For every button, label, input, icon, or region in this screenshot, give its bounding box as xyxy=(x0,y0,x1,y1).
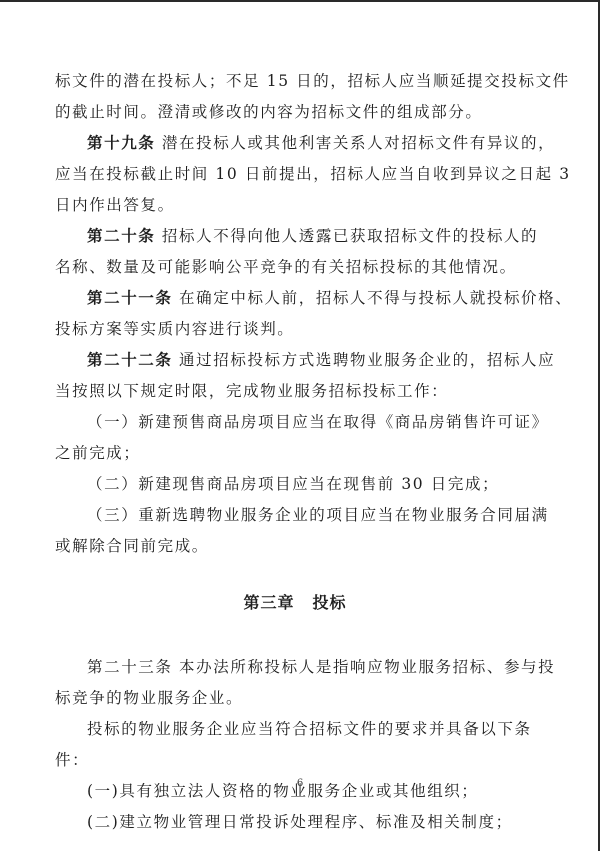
chapter-title: 投标 xyxy=(313,593,347,612)
text-line: 标文件的潜在投标人；不足 15 日的，招标人应当顺延提交投标文件 xyxy=(55,66,535,97)
text-line: 投标的物业服务企业应当符合招标文件的要求并具备以下条 xyxy=(55,714,535,745)
page-number: 6 xyxy=(0,778,600,789)
scan-border-top xyxy=(0,0,600,2)
list-item-1: （一）新建预售商品房项目应当在取得《商品房销售许可证》 之前完成； xyxy=(55,407,535,469)
list-item-2: （二）新建现售商品房项目应当在现售前 30 日完成； xyxy=(55,469,535,500)
paragraph-continuation: 标文件的潜在投标人；不足 15 日的，招标人应当顺延提交投标文件 的截止时间。澄… xyxy=(55,66,535,128)
article-20: 第二十条 招标人不得向他人透露已获取招标文件的投标人的 名称、数量及可能影响公平… xyxy=(55,221,535,283)
text-line: 日内作出答复。 xyxy=(55,190,535,221)
article-number: 第二十二条 xyxy=(87,351,173,369)
text-line: 应当在投标截止时间 10 日前提出，招标人应当自收到异议之日起 3 xyxy=(55,159,535,190)
requirements-intro: 投标的物业服务企业应当符合招标文件的要求并具备以下条 件： xyxy=(55,714,535,776)
text-line: 投标方案等实质内容进行谈判。 xyxy=(55,314,535,345)
article-number: 第二十一条 xyxy=(87,289,173,307)
text-line: （一）新建预售商品房项目应当在取得《商品房销售许可证》 xyxy=(55,407,535,438)
text-line: 件： xyxy=(55,745,535,776)
article-19: 第十九条 潜在投标人或其他利害关系人对招标文件有异议的， 应当在投标截止时间 1… xyxy=(55,128,535,221)
text-line: （三）重新选聘物业服务企业的项目应当在物业服务合同届满 xyxy=(55,500,535,531)
requirement-item-2: (二)建立物业管理日常投诉处理程序、标准及相关制度； xyxy=(55,807,535,838)
article-23: 第二十三条 本办法所称投标人是指响应物业服务招标、参与投 标竞争的物业服务企业。 xyxy=(55,652,535,714)
text-line: 潜在投标人或其他利害关系人对招标文件有异议的， xyxy=(155,134,555,152)
text-line: 招标人不得向他人透露已获取招标文件的投标人的 xyxy=(155,227,538,245)
text-line: 本办法所称投标人是指响应物业服务招标、参与投 xyxy=(173,658,556,676)
article-number: 第二十条 xyxy=(87,227,155,245)
article-number: 第二十三条 xyxy=(87,658,173,676)
text-line: 名称、数量及可能影响公平竞争的有关招标投标的其他情况。 xyxy=(55,252,535,283)
article-number: 第十九条 xyxy=(87,134,155,152)
chapter-number: 第三章 xyxy=(243,593,294,612)
text-line: 当按照以下规定时限，完成物业服务招标投标工作： xyxy=(55,376,535,407)
text-line: 标竞争的物业服务企业。 xyxy=(55,683,535,714)
text-line: 在确定中标人前，招标人不得与投标人就投标价格、 xyxy=(173,289,573,307)
text-line: 或解除合同前完成。 xyxy=(55,531,535,562)
text-line: 通过招标投标方式选聘物业服务企业的，招标人应 xyxy=(173,351,556,369)
article-21: 第二十一条 在确定中标人前，招标人不得与投标人就投标价格、 投标方案等实质内容进… xyxy=(55,283,535,345)
text-line: 之前完成； xyxy=(55,438,535,469)
list-item-3: （三）重新选聘物业服务企业的项目应当在物业服务合同届满 或解除合同前完成。 xyxy=(55,500,535,562)
text-line: 的截止时间。澄清或修改的内容为招标文件的组成部分。 xyxy=(55,97,535,128)
text-line: （二）新建现售商品房项目应当在现售前 30 日完成； xyxy=(55,469,535,500)
text-line: (二)建立物业管理日常投诉处理程序、标准及相关制度； xyxy=(55,807,535,838)
article-22: 第二十二条 通过招标投标方式选聘物业服务企业的，招标人应 当按照以下规定时限，完… xyxy=(55,345,535,407)
chapter-heading: 第三章投标 xyxy=(55,588,535,618)
document-page: 标文件的潜在投标人；不足 15 日的，招标人应当顺延提交投标文件 的截止时间。澄… xyxy=(55,66,535,838)
